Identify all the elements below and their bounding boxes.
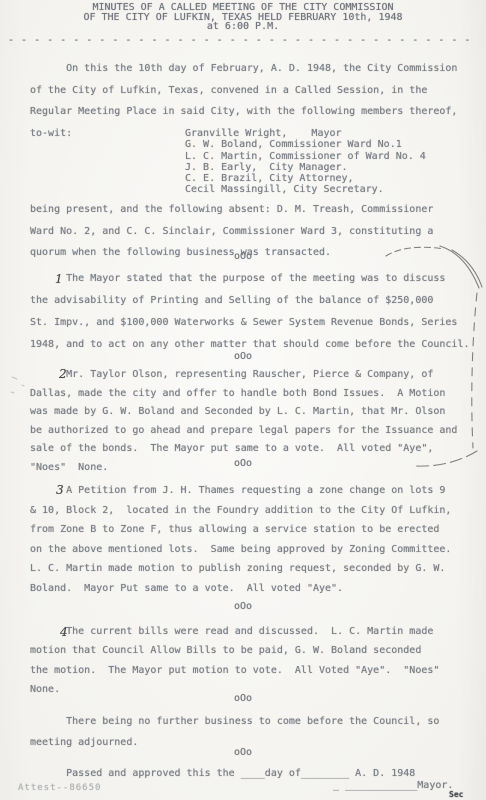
text-line: meeting adjourned.: [30, 732, 439, 753]
text-line: sale of the bonds. The Mayor put same to…: [30, 440, 457, 459]
text-line: Granville Wright, Mayor: [185, 128, 426, 139]
attest-note: Attest--86650: [18, 783, 101, 793]
handwritten-number-2: 2: [59, 367, 67, 381]
text-line: being present, and the following absent:…: [30, 199, 433, 221]
text-line: be authorized to go ahead and prepare le…: [30, 422, 457, 441]
text-line: the motion. The Mayor put motion to vote…: [30, 661, 439, 680]
handwritten-number-1: 1: [55, 272, 63, 286]
text-line: Ward No. 2, and C. C. Sinclair, Commissi…: [30, 221, 433, 243]
text-line: "Noes" None.: [30, 459, 457, 478]
text-line: Dallas, made the city and offer to handl…: [30, 385, 457, 404]
paragraph-1: The Mayor stated that the purpose of the…: [30, 268, 470, 356]
text-line: from Zone B to Zone F, thus allowing a s…: [30, 520, 451, 540]
text-line: The Mayor stated that the purpose of the…: [30, 268, 470, 290]
text-line: A Petition from J. H. Thames requesting …: [30, 481, 451, 501]
text-line: On this the 10th day of February, A. D. …: [30, 58, 457, 80]
sec-stamp: Sec: [449, 790, 463, 799]
text-line: G. W. Boland, Commissioner Ward No.1: [185, 139, 426, 150]
text-line: L. C. Martin, Commissioner of Ward No. 4: [185, 151, 426, 162]
paragraph-2: Mr. Taylor Olson, representing Rauscher,…: [30, 366, 457, 478]
section-separator: oOo: [0, 251, 486, 262]
minutes-header: MINUTES OF A CALLED MEETING OF THE CITY …: [0, 3, 486, 32]
text-line: None.: [30, 680, 439, 699]
text-line: Mr. Taylor Olson, representing Rauscher,…: [30, 366, 457, 385]
text-line: was made by G. W. Boland and Seconded by…: [30, 403, 457, 422]
section-separator: oOo: [0, 601, 486, 612]
passed-approved-line: Passed and approved this the ____day of_…: [30, 768, 415, 779]
text-line: C. E. Brazil, City Attorney,: [185, 173, 426, 184]
handwritten-number-4: 4: [60, 625, 68, 639]
attendee-list: Granville Wright, MayorG. W. Boland, Com…: [185, 128, 426, 196]
text-line: St. Impv., and $100,000 Waterworks & Sew…: [30, 312, 470, 334]
text-line: at 6:00 P.M.: [0, 22, 486, 32]
text-line: on the above mentioned lots. Same being …: [30, 540, 451, 560]
adjournment-paragraph: There being no further business to come …: [30, 711, 439, 753]
text-line: of the City of Lufkin, Texas, convened i…: [30, 80, 457, 102]
text-line: L. C. Martin made motion to publish zoni…: [30, 559, 451, 579]
text-line: 1948, and to act on any other matter tha…: [30, 334, 470, 356]
text-line: Regular Meeting Place in said City, with…: [30, 101, 457, 123]
text-line: the advisability of Printing and Selling…: [30, 290, 470, 312]
handwritten-number-3: 3: [56, 483, 64, 497]
text-line: There being no further business to come …: [30, 711, 439, 732]
paragraph-3: A Petition from J. H. Thames requesting …: [30, 481, 451, 598]
text-line: Boland. Mayor Put same to a vote. All vo…: [30, 579, 451, 599]
text-line: The current bills were read and discusse…: [30, 622, 439, 641]
scanned-minutes-page: MINUTES OF A CALLED MEETING OF THE CITY …: [0, 0, 486, 800]
paragraph-4: The current bills were read and discusse…: [30, 622, 439, 700]
text-line: Cecil Massingill, City Secretary.: [185, 184, 426, 195]
text-line: J. B. Early, City Manager.: [185, 162, 426, 173]
dashed-divider: - - - - - - - - - - - - - - - - - - - - …: [8, 36, 478, 46]
text-line: motion that Council Allow Bills to be pa…: [30, 641, 439, 660]
text-line: & 10, Block 2, located in the Foundry ad…: [30, 501, 451, 521]
mayor-signature-line: _ ____________Mayor.: [333, 780, 453, 791]
